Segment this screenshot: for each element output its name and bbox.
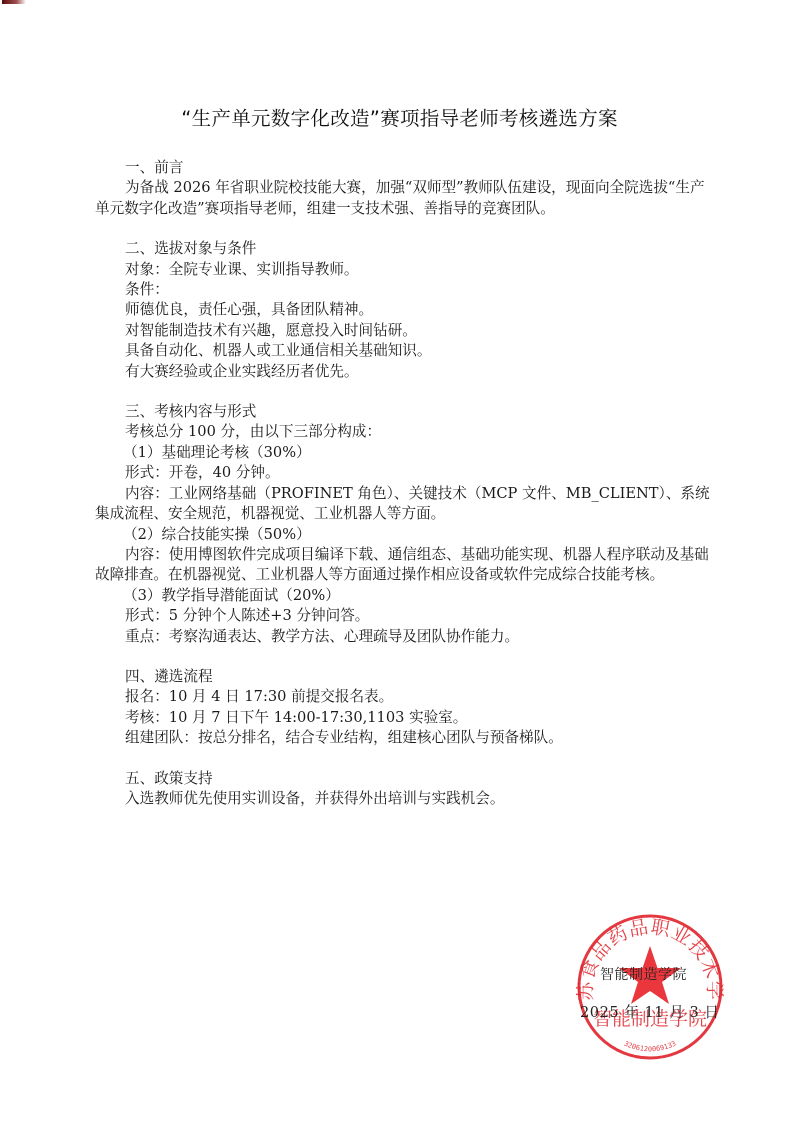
line: 组建团队：按总分排名，结合专业结构，组建核心团队与预备梯队。: [95, 728, 713, 748]
part-form: 形式：开卷，40 分钟。: [95, 463, 713, 483]
line: 师德优良，责任心强，具备团队精神。: [95, 300, 713, 320]
part-form: 形式：5 分钟个人陈述+3 分钟问答。: [95, 606, 713, 626]
line: 对智能制造技术有兴趣，愿意投入时间钻研。: [95, 321, 713, 341]
section-heading: 三、考核内容与形式: [95, 402, 713, 422]
seal-code: 3206120069133: [623, 1040, 678, 1054]
section-process: 四、遴选流程 报名：10 月 4 日 17:30 前提交报名表。 考核：10 月…: [95, 667, 713, 749]
line: 考核：10 月 7 日下午 14:00-17:30,1103 实验室。: [95, 708, 713, 728]
part-label: （1）基础理论考核（30%）: [95, 443, 713, 463]
section-preface: 一、前言 为备战 2026 年省职业院校技能大赛，加强“双师型”教师队伍建设，现…: [95, 158, 713, 219]
signature-unit: 智能制造学院: [600, 964, 687, 984]
line: 入选教师优先使用实训设备，并获得外出培训与实践机会。: [95, 789, 713, 809]
part-content: 内容：工业网络基础（PROFINET 角色）、关键技术（MCP 文件、MB_CL…: [95, 484, 713, 525]
section-eligibility: 二、选拔对象与条件 对象：全院专业课、实训指导教师。 条件： 师德优良，责任心强…: [95, 239, 713, 382]
section-heading: 二、选拔对象与条件: [95, 239, 713, 259]
document-title: “生产单元数字化改造”赛项指导老师考核遴选方案: [0, 103, 799, 131]
assessment-intro: 考核总分 100 分，由以下三部分构成：: [95, 422, 713, 442]
line: 对象：全院专业课、实训指导教师。: [95, 260, 713, 280]
signature-date: 2025 年 11 月 3 日: [580, 1001, 719, 1022]
part-focus: 重点：考察沟通表达、教学方法、心理疏导及团队协作能力。: [95, 627, 713, 647]
section-assessment: 三、考核内容与形式 考核总分 100 分，由以下三部分构成： （1）基础理论考核…: [95, 402, 713, 647]
line: 有大赛经验或企业实践经历者优先。: [95, 362, 713, 382]
part-label: （3）教学指导潜能面试（20%）: [95, 586, 713, 606]
part-content: 内容：使用博图软件完成项目编译下载、通信组态、基础功能实现、机器人程序联动及基础…: [95, 545, 713, 586]
section-heading: 四、遴选流程: [95, 667, 713, 687]
part-label: （2）综合技能实操（50%）: [95, 525, 713, 545]
section-heading: 一、前言: [95, 158, 713, 178]
section-policy: 五、政策支持 入选教师优先使用实训设备，并获得外出培训与实践机会。: [95, 769, 713, 810]
svg-text:3206120069133: 3206120069133: [623, 1040, 678, 1054]
official-seal: 江苏食品药品职业技术学院 智能制造学院 3206120069133: [575, 912, 725, 1062]
document-body: 一、前言 为备战 2026 年省职业院校技能大赛，加强“双师型”教师队伍建设，现…: [95, 158, 713, 829]
section-heading: 五、政策支持: [95, 769, 713, 789]
scan-edge-mark: [2, 0, 26, 4]
line: 具备自动化、机器人或工业通信相关基础知识。: [95, 341, 713, 361]
line: 条件：: [95, 280, 713, 300]
line: 报名：10 月 4 日 17:30 前提交报名表。: [95, 687, 713, 707]
paragraph: 为备战 2026 年省职业院校技能大赛，加强“双师型”教师队伍建设，现面向全院选…: [95, 178, 713, 219]
